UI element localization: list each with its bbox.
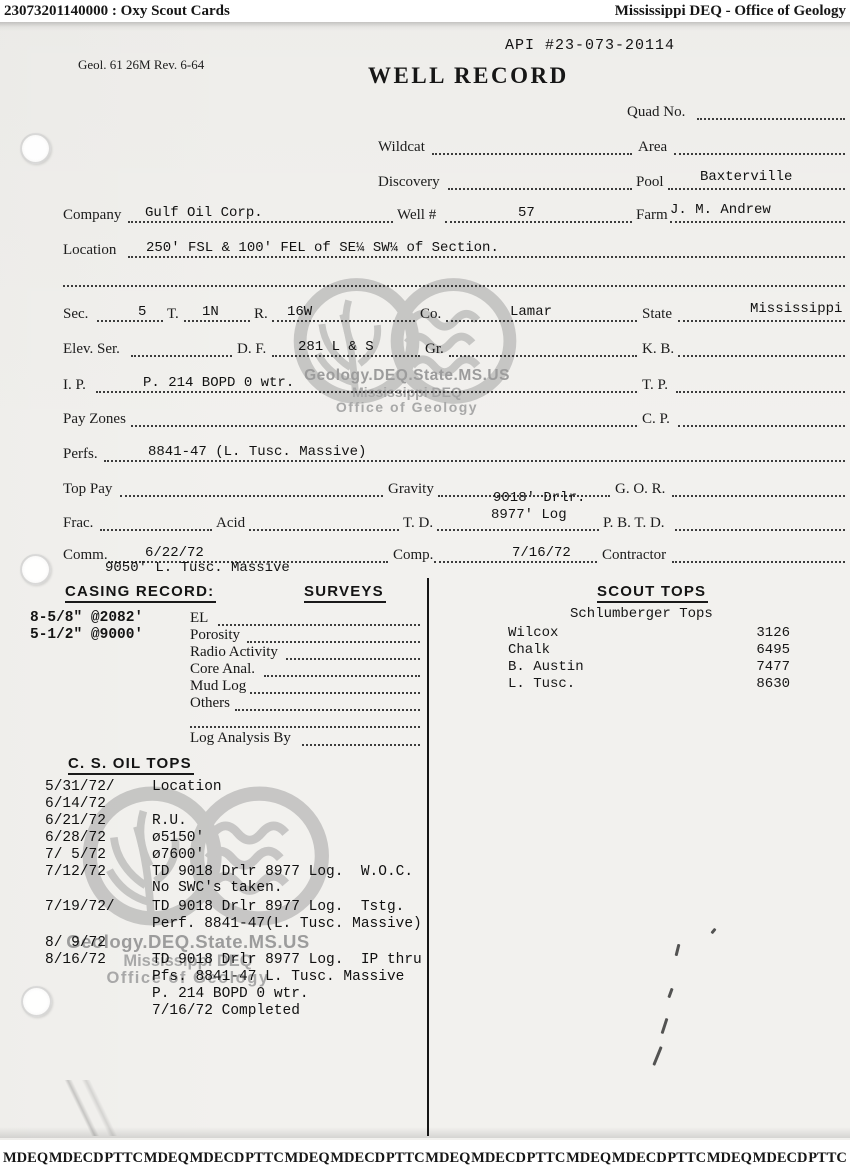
survey-blank-line [190,710,420,728]
form-row-top-pay: Top Pay Gravity G. O. R. [0,475,850,497]
survey-item: EL [190,608,420,626]
field-label-frac: Frac. [63,515,93,532]
survey-item: Radio Activity [190,642,420,660]
footer-tag: MDECD [330,1150,385,1171]
footer-tag: MDECD [471,1150,526,1171]
cs-oil-tops-title: C. S. OIL TOPS [68,755,194,775]
survey-item: Mud Log [190,676,420,694]
field-label-pay-zones: Pay Zones [63,411,126,428]
footer-tag: MDEQ [566,1150,611,1171]
scan-top-edge-shadow [0,22,850,31]
cs-entry-date: 7/12/72 [45,864,152,881]
cs-entry-date: 5/31/72/ [45,779,152,796]
form-row-frac: Frac. Acid T. D. P. B. T. D. [0,509,850,531]
field-label-township: T. [167,306,179,323]
scout-top-row: Chalk 6495 [508,642,790,658]
cs-entry: 8/ 9/72 [45,935,435,952]
cs-entry-date: 6/14/72 [45,796,152,813]
dotted-line [128,221,393,223]
formation-depth: 3126 [756,625,790,641]
field-value-sec: 5 [138,304,146,320]
field-label-company: Company [63,207,121,224]
cs-entry: 6/21/72R.U. [45,813,435,830]
field-label-td: T. D. [403,515,433,532]
cs-entry: 6/28/72ø5150' [45,830,435,847]
formation-depth: 6495 [756,642,790,658]
casing-record-title: CASING RECORD: [65,583,216,603]
field-value-pool: Baxterville [700,169,792,185]
record-id-text: 23073201140000 : Oxy Scout Cards [4,3,230,20]
cs-entry: P. 214 BOPD 0 wtr. [45,986,435,1003]
casing-line: 8-5/8" @2082' [30,610,143,626]
scan-smudge [44,1080,130,1136]
footer-tag: PTTC [386,1150,425,1171]
dotted-line [437,529,599,531]
cs-entry-date [45,986,152,1003]
field-label-farm: Farm [636,207,668,224]
field-label-pool: Pool [636,174,664,191]
field-label-county: Co. [420,306,441,323]
form-row-sec-t-r-co-state: Sec. 5 T. 1N R. 16W Co. Lamar State Miss… [0,300,850,322]
dotted-line [668,188,845,190]
cs-entry-date: 6/28/72 [45,830,152,847]
form-code: Geol. 61 26M Rev. 6-64 [78,57,204,73]
field-value-df: 281 L & S [298,339,374,355]
field-label-discovery: Discovery [378,174,440,191]
dotted-line [100,529,212,531]
footer-tag: MDEQ [3,1150,48,1171]
formation-name: B. Austin [508,659,584,675]
cs-entry: 7/16/72 Completed [45,1003,435,1020]
cs-entry: 8/16/72TD 9018 Drlr 8977 Log. IP thru [45,952,435,969]
footer-tag: PTTC [245,1150,284,1171]
cs-entry: 5/31/72/Location [45,779,435,796]
cs-entry: 7/19/72/TD 9018 Drlr 8977 Log. Tstg. [45,899,435,916]
td-driller-note: 9018' Drlr. [493,490,585,506]
viewer-footer: MDEQ MDECD PTTC MDEQ MDECD PTTC MDEQ MDE… [0,1140,850,1171]
cs-entry-text: Perf. 8841-47(L. Tusc. Massive) [152,916,422,933]
survey-label: Log Analysis By [190,730,291,747]
cs-entry-date [45,916,152,933]
field-value-location: 250' FSL & 100' FEL of SE¼ SW¼ of Sectio… [146,240,499,256]
form-row-company-well-farm: Company Gulf Oil Corp. Well # 57 Farm J.… [0,201,850,223]
dotted-line [184,320,250,322]
field-value-state: Mississippi [750,301,842,317]
footer-tag: PTTC [667,1150,706,1171]
field-label-location: Location [63,242,116,259]
dotted-line [676,391,845,393]
dotted-line [131,355,232,357]
dotted-line [678,425,845,427]
field-label-ip: I. P. [63,377,86,394]
dotted-line [446,320,637,322]
survey-item: Core Anal. [190,659,420,677]
survey-item: Porosity [190,625,420,643]
cs-entry: 6/14/72 [45,796,435,813]
cs-entry-text: Pfs. 8841-47 L. Tusc. Massive [152,969,404,986]
dotted-line [128,256,845,258]
footer-tag: MDECD [49,1150,104,1171]
form-row-elev: Elev. Ser. D. F. 281 L & S Gr. K. B. [0,335,850,357]
cs-entry-text: R.U. [152,813,187,830]
field-value-perfs: 8841-47 (L. Tusc. Massive) [148,444,366,460]
field-label-elev-ser: Elev. Ser. [63,341,120,358]
dotted-line [678,320,845,322]
cs-entry-date: 7/ 5/72 [45,847,152,864]
dotted-line [104,460,845,462]
footer-tag: PTTC [527,1150,566,1171]
field-label-kb: K. B. [642,341,674,358]
dotted-line [449,355,637,357]
dotted-line [697,118,845,120]
footer-tag: PTTC [104,1150,143,1171]
field-label-area: Area [638,139,667,156]
dotted-line [672,561,845,563]
cs-entry: 7/12/72TD 9018 Drlr 8977 Log. W.O.C. [45,864,435,881]
field-label-range: R. [254,306,268,323]
footer-tag: MDEQ [425,1150,470,1171]
footer-tag: MDECD [190,1150,245,1171]
page-title: WELL RECORD [368,63,569,89]
scout-top-row: L. Tusc. 8630 [508,676,790,692]
dotted-line [63,285,845,287]
form-row-blank [0,265,850,287]
field-value-comp: 7/16/72 [512,545,571,561]
dotted-line [445,221,632,223]
form-row-discovery-pool: Discovery Pool Baxterville [0,168,850,190]
field-label-wildcat: Wildcat [378,139,425,156]
formation-depth: 8630 [756,676,790,692]
cs-entry-text: TD 9018 Drlr 8977 Log. W.O.C. [152,864,413,881]
footer-tag: MDECD [753,1150,808,1171]
field-label-comm: Comm. [63,547,108,564]
dotted-line [97,320,163,322]
scout-tops-subtitle: Schlumberger Tops [570,606,713,622]
field-label-df: D. F. [237,341,266,358]
form-row-perfs: Perfs. 8841-47 (L. Tusc. Massive) [0,440,850,462]
survey-item: Others [190,693,420,711]
cs-entry-date: 8/16/72 [45,952,152,969]
cs-entry-text: P. 214 BOPD 0 wtr. [152,986,309,1003]
form-row-wildcat-area: Wildcat Area [0,133,850,155]
footer-tag: MDEQ [285,1150,330,1171]
field-label-cp: C. P. [642,411,670,428]
dotted-line [670,221,845,223]
dotted-line [120,495,383,497]
footer-tag: PTTC [808,1150,847,1171]
cs-entry-text: No SWC's taken. [152,880,283,897]
well-record-scan-viewer: 23073201140000 : Oxy Scout Cards Mississ… [0,0,850,1171]
viewer-header: 23073201140000 : Oxy Scout Cards Mississ… [0,0,850,22]
footer-tag: MDECD [612,1150,667,1171]
dotted-line [302,744,420,746]
cs-entry-date [45,1003,152,1020]
cs-entry: No SWC's taken. [45,880,435,897]
formation-name: Wilcox [508,625,558,641]
field-label-state: State [642,306,672,323]
field-label-top-pay: Top Pay [63,481,112,498]
formation-name: L. Tusc. [508,676,575,692]
scout-top-row: B. Austin 7477 [508,659,790,675]
dotted-line [448,188,632,190]
cs-entry-text: ø7600' [152,847,204,864]
cs-entry-date: 8/ 9/72 [45,935,152,952]
footer-tag: MDEQ [144,1150,189,1171]
field-value-farm: J. M. Andrew [670,202,771,218]
dotted-line [272,320,415,322]
dotted-line [272,355,420,357]
dotted-line [249,529,399,531]
field-label-perfs: Perfs. [63,446,98,463]
cs-entry-text: TD 9018 Drlr 8977 Log. IP thru [152,952,422,969]
dotted-line [434,561,597,563]
field-value-county: Lamar [510,304,552,320]
cs-entry-text: 7/16/72 Completed [152,1003,300,1020]
dotted-line [672,495,845,497]
field-label-well-number: Well # [397,207,436,224]
cs-entry: 7/ 5/72ø7600' [45,847,435,864]
surveys-title: SURVEYS [304,583,386,603]
cs-entry-date [45,880,152,897]
cs-entry: Perf. 8841-47(L. Tusc. Massive) [45,916,435,933]
form-row-location: Location 250' FSL & 100' FEL of SE¼ SW¼ … [0,236,850,258]
cs-entry-date [45,969,152,986]
dotted-line [96,391,637,393]
cs-entry-date: 7/19/72/ [45,899,152,916]
formation-name: Chalk [508,642,550,658]
casing-line: 5-1/2" @9000' [30,627,143,643]
field-value-range: 16W [287,304,312,320]
field-value-well-number: 57 [518,205,535,221]
comm-note: 9050' L. Tusc. Massive [105,560,290,576]
field-value-township: 1N [202,304,219,320]
field-label-sec: Sec. [63,306,88,323]
scout-tops-title: SCOUT TOPS [597,583,708,603]
dotted-line [675,529,845,531]
field-value-ip: P. 214 BOPD 0 wtr. [143,375,294,391]
field-label-gr: Gr. [425,341,444,358]
cs-entry-text: TD 9018 Drlr 8977 Log. Tstg. [152,899,404,916]
field-value-comm: 6/22/72 [145,545,204,561]
cs-entry-text: ø5150' [152,830,204,847]
footer-tag: MDEQ [707,1150,752,1171]
field-label-comp: Comp. [393,547,433,564]
survey-log-analysis: Log Analysis By [190,728,420,746]
field-label-acid: Acid [216,515,245,532]
api-number: API #23-073-20114 [505,37,675,54]
formation-depth: 7477 [756,659,790,675]
scout-top-row: Wilcox 3126 [508,625,790,641]
form-row-quad: Quad No. [0,98,850,120]
form-row-ip: I. P. P. 214 BOPD 0 wtr. T. P. [0,371,850,393]
field-label-tp: T. P. [642,377,668,394]
dotted-line [432,153,632,155]
field-label-gravity: Gravity [388,481,434,498]
field-label-gor: G. O. R. [615,481,665,498]
field-label-pbtd: P. B. T. D. [603,515,665,532]
field-label-quad: Quad No. [627,104,685,121]
dotted-line [674,153,845,155]
cs-oil-tops-list: 5/31/72/Location 6/14/72 6/21/72R.U. 6/2… [45,779,435,1020]
cs-entry: Pfs. 8841-47 L. Tusc. Massive [45,969,435,986]
dotted-line [678,355,845,357]
field-label-contractor: Contractor [602,547,666,564]
agency-title-text: Mississippi DEQ - Office of Geology [615,3,846,20]
field-value-company: Gulf Oil Corp. [145,205,263,221]
form-row-pay-zones: Pay Zones C. P. [0,405,850,427]
cs-entry-text: Location [152,779,222,796]
dotted-line [131,425,637,427]
cs-entry-date: 6/21/72 [45,813,152,830]
